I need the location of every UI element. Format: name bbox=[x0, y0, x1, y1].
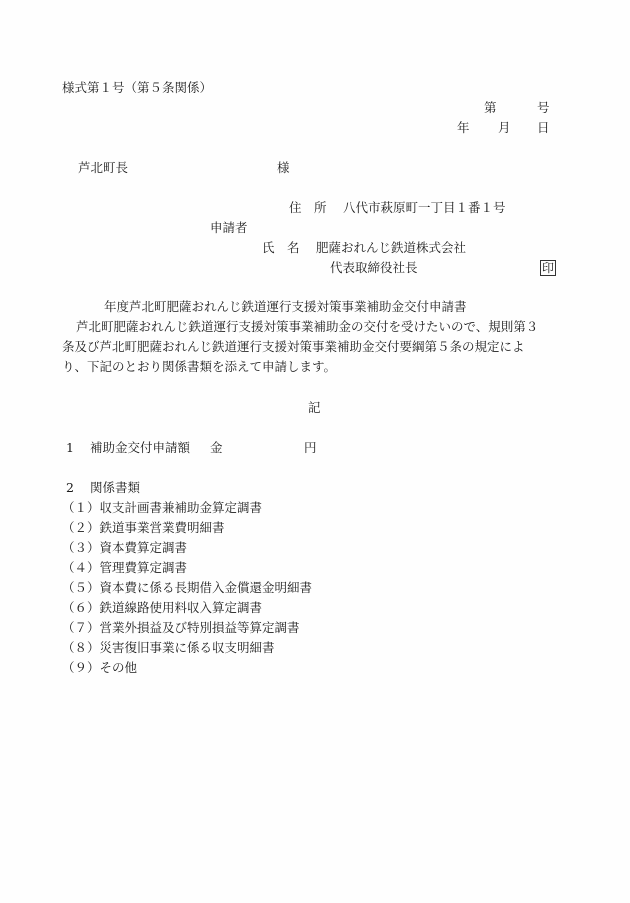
date-day: 日 bbox=[537, 120, 550, 136]
addressee-name: 芦北町長 bbox=[78, 160, 128, 176]
representative-title: 代表取締役社長 bbox=[330, 260, 418, 276]
item1-label: 補助金交付申請額 bbox=[90, 440, 190, 456]
list-item: （９）その他 bbox=[62, 660, 137, 676]
addressee-honorific: 様 bbox=[277, 160, 290, 176]
body-line-3: り、下記のとおり関係書類を添えて申請します。 bbox=[62, 359, 336, 375]
form-label: 様式第１号（第５条関係） bbox=[62, 80, 212, 96]
list-item: （８）災害復旧事業に係る収支明細書 bbox=[62, 640, 275, 656]
address-value: 八代市萩原町一丁目１番１号 bbox=[343, 200, 506, 216]
date-month: 月 bbox=[498, 120, 511, 136]
item1-unit: 円 bbox=[304, 440, 317, 456]
address-label: 住 所 bbox=[289, 200, 327, 216]
item2-number: 2 bbox=[66, 480, 74, 496]
list-item: （６）鉄道線路使用料収入算定調書 bbox=[62, 600, 262, 616]
seal-mark: 印 bbox=[540, 260, 556, 276]
document-title: 年度芦北町肥薩おれんじ鉄道運行支援対策事業補助金交付申請書 bbox=[104, 299, 467, 315]
list-item: （４）管理費算定調書 bbox=[62, 560, 187, 576]
item2-label: 関係書類 bbox=[90, 480, 140, 496]
ki-heading: 記 bbox=[308, 400, 321, 416]
list-item: （７）営業外損益及び特別損益等算定調書 bbox=[62, 620, 300, 636]
name-value: 肥薩おれんじ鉄道株式会社 bbox=[316, 240, 466, 256]
list-item: （３）資本費算定調書 bbox=[62, 540, 187, 556]
date-year: 年 bbox=[457, 120, 470, 136]
doc-number-prefix: 第 bbox=[484, 100, 497, 116]
item1-number: 1 bbox=[66, 440, 74, 456]
list-item: （１）収支計画書兼補助金算定調書 bbox=[62, 500, 262, 516]
item1-prefix: 金 bbox=[210, 440, 223, 456]
doc-number-suffix: 号 bbox=[537, 100, 550, 116]
list-item: （２）鉄道事業営業費明細書 bbox=[62, 520, 225, 536]
body-line-1: 芦北町肥薩おれんじ鉄道運行支援対策事業補助金の交付を受けたいので、規則第３ bbox=[76, 319, 538, 335]
applicant-role: 申請者 bbox=[210, 220, 248, 236]
name-label: 氏 名 bbox=[262, 240, 300, 256]
list-item: （５）資本費に係る長期借入金償還金明細書 bbox=[62, 580, 312, 596]
body-line-2: 条及び芦北町肥薩おれんじ鉄道運行支援対策事業補助金交付要綱第５条の規定によ bbox=[62, 339, 525, 355]
